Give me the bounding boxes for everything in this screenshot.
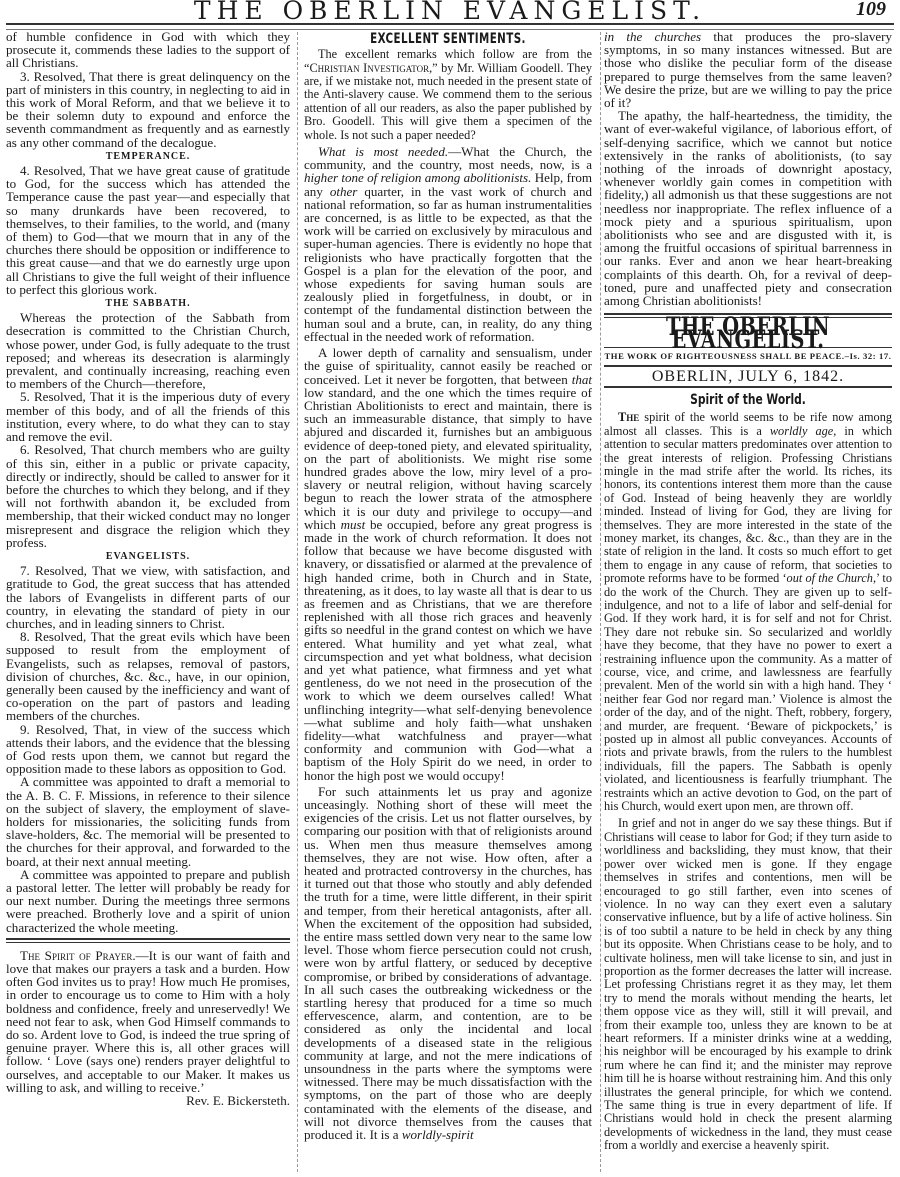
paragraph-apathy: The apathy, the half-heartedness, the ti… [604, 109, 892, 307]
masthead: THE OBERLIN EVANGELIST. 109 [0, 0, 900, 22]
attribution: Rev. E. Bickersteth. [6, 1094, 290, 1107]
column-divider [297, 32, 298, 1172]
resolution-9: 9. Resolved, That, in view of the succes… [6, 723, 290, 776]
article-paragraph-1: The spirit of the world seems to be rife… [604, 411, 892, 813]
editor-intro: The excellent remarks which follow are f… [304, 48, 592, 142]
page-number: 109 [856, 0, 886, 21]
resolution-7: 7. Resolved, That we view, with satisfac… [6, 564, 290, 630]
column-1: of humble confidence in God with which t… [6, 30, 290, 1107]
article-paragraph-2: In grief and not in anger do we say thes… [604, 817, 892, 1152]
source-name: Christian Investigator [309, 61, 429, 75]
resolution-6: 6. Resolved, That church members who are… [6, 443, 290, 549]
resolution-3: 3. Resolved, That there is great delinqu… [6, 70, 290, 149]
column-2: EXCELLENT SENTIMENTS. The excellent rema… [304, 30, 592, 1141]
editorial-masthead-title: THE OBERLIN EVANGELIST. [636, 320, 861, 346]
paragraph-continued: in the churches that produces the pro-sl… [604, 30, 892, 109]
column-divider [600, 32, 601, 1172]
subhead-sabbath: THE SABBATH. [6, 297, 290, 310]
subhead-temperance: TEMPERANCE. [6, 150, 290, 163]
section-title-excellent-sentiments: EXCELLENT SENTIMENTS. [330, 33, 566, 46]
dateline: OBERLIN, JULY 6, 1842. [604, 367, 892, 388]
resolution-4: 4. Resolved, That we have great cause of… [6, 164, 290, 296]
paragraph-lower-depth: A lower depth of carnality and sensualis… [304, 346, 592, 782]
paragraph: of humble confidence in God with which t… [6, 30, 290, 70]
column-3: in the churches that produces the pro-sl… [604, 30, 892, 1153]
section-rule [6, 938, 290, 943]
committee-pastoral-paragraph: A committee was appointed to prepare and… [6, 868, 290, 934]
committee-memorial-paragraph: A committee was appointed to draft a mem… [6, 775, 290, 867]
paragraph-most-needed: What is most needed.—What the Church, th… [304, 145, 592, 343]
resolution-5: 5. Resolved, That it is the imperious du… [6, 390, 290, 443]
paragraph-such-attainments: For such attainments let us pray and ago… [304, 785, 592, 1141]
spirit-of-prayer-paragraph: The Spirit of Prayer.—It is our want of … [6, 949, 290, 1094]
subhead-evangelists: EVANGELISTS. [6, 550, 290, 563]
newspaper-title: THE OBERLIN EVANGELIST. [0, 0, 900, 25]
whereas-paragraph: Whereas the protection of the Sabbath fr… [6, 311, 290, 390]
article-title: Spirit of the World. [626, 394, 871, 407]
spirit-of-prayer-body: —It is our want of faith and love that m… [6, 948, 290, 1095]
resolution-8: 8. Resolved, That the great evils which … [6, 630, 290, 722]
